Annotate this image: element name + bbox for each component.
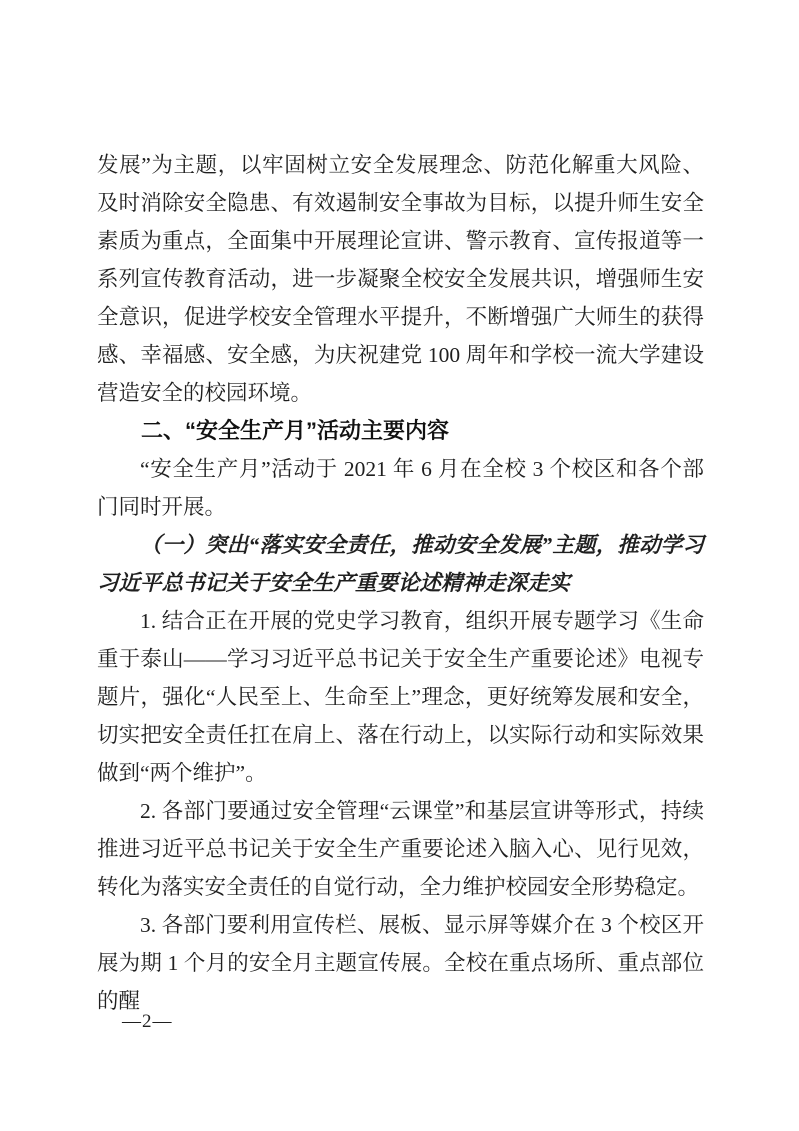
subsection-heading-theme: （一）突出“落实安全责任，推动安全发展”主题，推动学习习近平总书记关于安全生产重… (97, 526, 704, 602)
document-body: 发展”为主题，以牢固树立安全发展理念、防范化解重大风险、及时消除安全隐患、有效遏… (97, 146, 704, 1020)
paragraph-activity-schedule: “安全生产月”活动于 2021 年 6 月在全校 3 个校区和各个部门同时开展。 (97, 450, 704, 526)
numbered-item-1: 1. 结合正在开展的党史学习教育，组织开展专题学习《生命重于泰山——学习习近平总… (97, 602, 704, 792)
numbered-item-3: 3. 各部门要利用宣传栏、展板、显示屏等媒介在 3 个校区开展为期 1 个月的安… (97, 906, 704, 1020)
section-heading-activity-content: 二、“安全生产月”活动主要内容 (97, 412, 704, 450)
numbered-item-2: 2. 各部门要通过安全管理“云课堂”和基层宣讲等形式，持续推进习近平总书记关于安… (97, 792, 704, 906)
paragraph-intro-continuation: 发展”为主题，以牢固树立安全发展理念、防范化解重大风险、及时消除安全隐患、有效遏… (97, 146, 704, 412)
document-page: 发展”为主题，以牢固树立安全发展理念、防范化解重大风险、及时消除安全隐患、有效遏… (0, 0, 799, 1131)
page-number: —2— (122, 1008, 173, 1036)
